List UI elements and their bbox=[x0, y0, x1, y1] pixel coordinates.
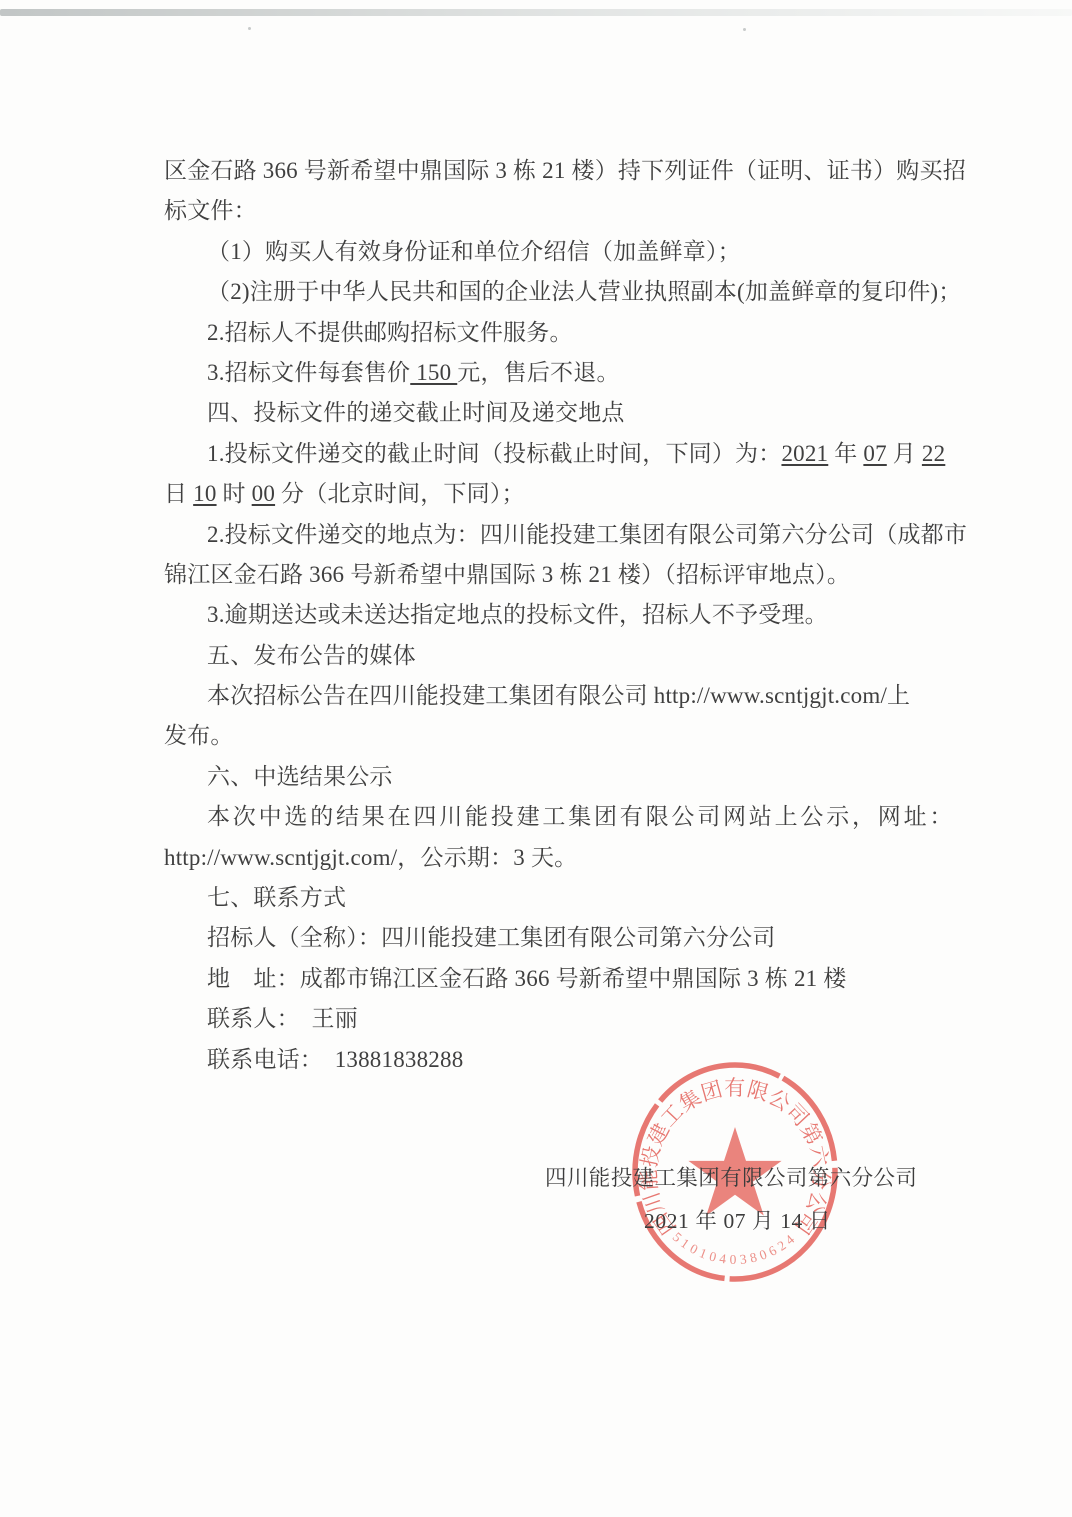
text-segment: 年 bbox=[828, 441, 863, 466]
scan-speck bbox=[743, 28, 746, 31]
text-segment: 元，售后不退。 bbox=[457, 360, 619, 385]
text-segment: 本次招标公告在四川能投建工集团有限公司 http://www.scntjgjt.… bbox=[207, 683, 910, 708]
line-announcement-media-2: 发布。 bbox=[164, 716, 954, 756]
line-announcement-media-1: 本次招标公告在四川能投建工集团有限公司 http://www.scntjgjt.… bbox=[164, 676, 954, 716]
scanned-document-page: 区金石路 366 号新希望中鼎国际 3 栋 21 楼）持下列证件（证明、证书）购… bbox=[0, 0, 1072, 1517]
underlined-value: 10 bbox=[193, 481, 216, 506]
underlined-value: 150 bbox=[410, 360, 457, 385]
text-segment: 地 址：成都市锦江区金石路 366 号新希望中鼎国际 3 栋 21 楼 bbox=[207, 966, 847, 991]
text-segment: 2.投标文件递交的地点为：四川能投建工集团有限公司第六分公司（成都市 bbox=[207, 522, 967, 547]
document-body: 区金石路 366 号新希望中鼎国际 3 栋 21 楼）持下列证件（证明、证书）购… bbox=[164, 151, 954, 1080]
signature-company: 四川能投建工集团有限公司第六分公司 bbox=[545, 1161, 917, 1192]
line-address-continued: 区金石路 366 号新希望中鼎国际 3 栋 21 楼）持下列证件（证明、证书）购… bbox=[164, 151, 954, 191]
line-certificate-2: （2)注册于中华人民共和国的企业法人营业执照副本(加盖鲜章的复印件)； bbox=[164, 272, 954, 312]
scan-speck bbox=[248, 27, 251, 30]
text-segment: 时 bbox=[217, 481, 252, 506]
text-segment: （2)注册于中华人民共和国的企业法人营业执照副本(加盖鲜章的复印件)； bbox=[207, 279, 961, 304]
line-tenderer-address: 地 址：成都市锦江区金石路 366 号新希望中鼎国际 3 栋 21 楼 bbox=[164, 959, 954, 999]
text-segment: 联系人： 王丽 bbox=[207, 1006, 358, 1031]
text-segment: 1.投标文件递交的截止时间（投标截止时间，下同）为： bbox=[207, 441, 781, 466]
text-segment: （1）购买人有效身份证和单位介绍信（加盖鲜章）； bbox=[207, 239, 741, 264]
text-segment: 联系电话： 13881838288 bbox=[207, 1047, 463, 1072]
text-segment: 月 bbox=[887, 441, 922, 466]
text-segment: 标文件： bbox=[164, 198, 257, 223]
text-segment: 发布。 bbox=[164, 723, 234, 748]
line-no-mail-order: 2.招标人不提供邮购招标文件服务。 bbox=[164, 313, 954, 353]
text-segment: 2.招标人不提供邮购招标文件服务。 bbox=[207, 320, 573, 345]
line-late-delivery: 3.逾期送达或未送达指定地点的投标文件，招标人不予受理。 bbox=[164, 595, 954, 635]
text-segment: http://www.scntjgjt.com/，公示期：3 天。 bbox=[164, 845, 577, 870]
line-result-publicity-2: http://www.scntjgjt.com/，公示期：3 天。 bbox=[164, 838, 954, 878]
underlined-value: 2021 bbox=[781, 441, 828, 466]
underlined-value: 00 bbox=[252, 481, 275, 506]
line-deadline-1: 1.投标文件递交的截止时间（投标截止时间，下同）为：2021 年 07 月 22 bbox=[164, 434, 954, 474]
text-segment: 招标人（全称）：四川能投建工集团有限公司第六分公司 bbox=[207, 925, 776, 950]
text-segment: 分（北京时间，下同）； bbox=[275, 481, 525, 506]
line-contact-person: 联系人： 王丽 bbox=[164, 999, 954, 1039]
text-segment: 本次中选的结果在四川能投建工集团有限公司网站上公示，网址： bbox=[207, 804, 955, 829]
text-segment: 日 bbox=[164, 481, 193, 506]
text-segment: 五、发布公告的媒体 bbox=[207, 643, 416, 668]
scan-edge-artifact bbox=[0, 9, 1072, 16]
line-submit-location-1: 2.投标文件递交的地点为：四川能投建工集团有限公司第六分公司（成都市 bbox=[164, 515, 954, 555]
section-4-heading: 四、投标文件的递交截止时间及递交地点 bbox=[164, 393, 954, 433]
text-segment: 四、投标文件的递交截止时间及递交地点 bbox=[207, 400, 625, 425]
line-certificate-1: （1）购买人有效身份证和单位介绍信（加盖鲜章）； bbox=[164, 232, 954, 272]
text-segment: 六、中选结果公示 bbox=[207, 764, 393, 789]
section-7-heading: 七、联系方式 bbox=[164, 878, 954, 918]
text-segment: 区金石路 366 号新希望中鼎国际 3 栋 21 楼）持下列证件（证明、证书）购… bbox=[164, 158, 966, 183]
section-5-heading: 五、发布公告的媒体 bbox=[164, 636, 954, 676]
line-submit-location-2: 锦江区金石路 366 号新希望中鼎国际 3 栋 21 楼）（招标评审地点）。 bbox=[164, 555, 954, 595]
signature-date: 2021 年 07 月 14 日 bbox=[644, 1204, 831, 1235]
text-segment: 3.逾期送达或未送达指定地点的投标文件，招标人不予受理。 bbox=[207, 602, 828, 627]
underlined-value: 07 bbox=[863, 441, 886, 466]
line-bid-documents: 标文件： bbox=[164, 191, 954, 231]
section-6-heading: 六、中选结果公示 bbox=[164, 757, 954, 797]
line-deadline-2: 日 10 时 00 分（北京时间，下同）； bbox=[164, 474, 954, 514]
underlined-value: 22 bbox=[922, 441, 945, 466]
line-tenderer-name: 招标人（全称）：四川能投建工集团有限公司第六分公司 bbox=[164, 918, 954, 958]
line-document-price: 3.招标文件每套售价 150 元，售后不退。 bbox=[164, 353, 954, 393]
text-segment: 七、联系方式 bbox=[207, 885, 346, 910]
text-segment: 锦江区金石路 366 号新希望中鼎国际 3 栋 21 楼）（招标评审地点）。 bbox=[164, 562, 850, 587]
text-segment: 3.招标文件每套售价 bbox=[207, 360, 410, 385]
line-result-publicity-1: 本次中选的结果在四川能投建工集团有限公司网站上公示，网址： bbox=[164, 797, 954, 837]
